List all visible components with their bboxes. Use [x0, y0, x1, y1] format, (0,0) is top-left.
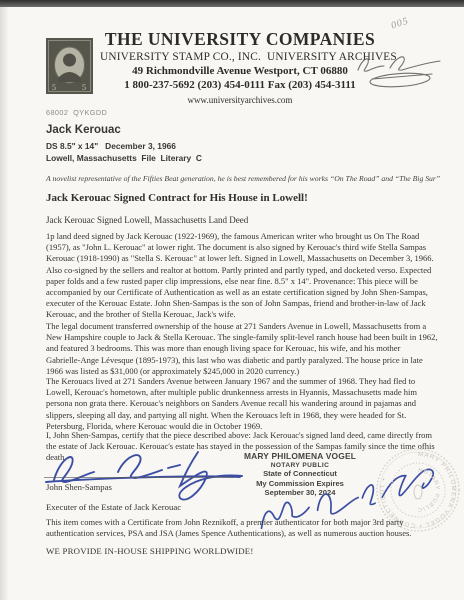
john-shen-sampas-signature-script — [38, 442, 248, 508]
signer-printed-name: John Shen-Sampas — [46, 482, 112, 492]
franklin-signature-icon — [348, 48, 452, 92]
notary-title: NOTARY PUBLIC — [232, 462, 368, 469]
svg-text:NOTARY PUBLIC: NOTARY PUBLIC — [417, 468, 440, 512]
certificate-note: This item comes with a Certificate from … — [46, 517, 411, 539]
seal-inner-text: NOTARY PUBLIC — [417, 468, 440, 512]
scan-edge-left — [0, 7, 9, 600]
scanned-document-page: 5 5 THE UNIVERSITY COMPANIES UNIVERSITY … — [0, 0, 464, 600]
signer-printed-title: Executer of the Estate of Jack Kerouac — [46, 502, 181, 512]
svg-text:5: 5 — [82, 83, 86, 92]
description-paragraph-1: 1p land deed signed by Jack Kerouac (192… — [46, 231, 434, 321]
company-name: THE UNIVERSITY COMPANIES — [100, 30, 380, 49]
item-spec-line: DS 8.5" x 14" December 3, 1966 — [46, 141, 176, 151]
address-line: 49 Richmondville Avenue Westport, CT 068… — [100, 65, 380, 77]
scan-edge-top — [0, 0, 464, 7]
signature-line — [44, 477, 234, 478]
division-line: UNIVERSITY STAMP CO., INC. UNIVERSITY AR… — [100, 51, 380, 63]
letterhead: THE UNIVERSITY COMPANIES UNIVERSITY STAM… — [100, 30, 380, 105]
item-file-line: Lowell, Massachusetts File Literary C — [46, 153, 202, 163]
item-subtitle: Jack Kerouac Signed Lowell, Massachusett… — [46, 215, 248, 225]
shipping-note: WE PROVIDE IN-HOUSE SHIPPING WORLDWIDE! — [46, 546, 254, 556]
website-url: www.universityarchives.com — [100, 95, 380, 105]
description-paragraph-2: The legal document transferred ownership… — [46, 321, 437, 377]
franklin-stamp-icon: 5 5 — [46, 38, 93, 94]
notary-name: MARY PHILOMENA VOGEL — [232, 451, 368, 461]
description-paragraph-3: The Kerouacs lived at 271 Sanders Avenue… — [46, 376, 417, 432]
svg-text:5: 5 — [52, 83, 56, 92]
reference-number: 68002 QYKGDD — [46, 108, 107, 117]
item-name: Jack Kerouac — [46, 124, 121, 136]
item-tagline: A novelist representative of the Fifties… — [46, 174, 440, 183]
phone-line: 1 800-237-5692 (203) 454-0111 Fax (203) … — [100, 79, 380, 91]
pencil-corner-note: 005 — [390, 15, 411, 31]
item-headline: Jack Kerouac Signed Contract for His Hou… — [46, 192, 308, 204]
